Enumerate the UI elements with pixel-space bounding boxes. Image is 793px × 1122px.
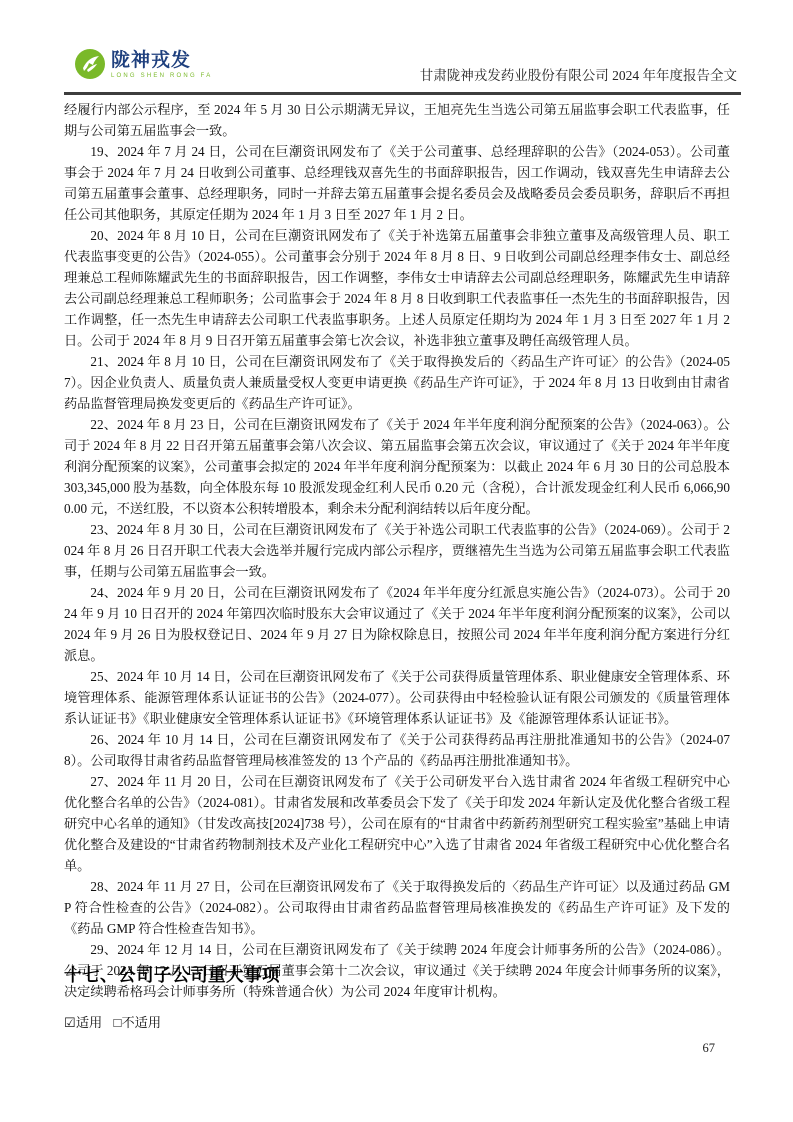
paragraph: 20、2024 年 8 月 10 日，公司在巨潮资讯网发布了《关于补选第五届董事… xyxy=(64,225,730,351)
section-heading: 十七、公司子公司重大事项 xyxy=(64,962,730,987)
applicability-row: ☑适用 □不适用 xyxy=(64,1012,730,1031)
paragraph: 26、2024 年 10 月 14 日，公司在巨潮资讯网发布了《关于公司获得药品… xyxy=(64,729,730,771)
paragraph: 19、2024 年 7 月 24 日，公司在巨潮资讯网发布了《关于公司董事、总经… xyxy=(64,141,730,225)
logo-chinese-name: 陇神戎发 xyxy=(111,51,212,70)
paragraph: 28、2024 年 11 月 27 日，公司在巨潮资讯网发布了《关于取得换发后的… xyxy=(64,876,730,939)
company-logo: 陇神戎发 LONG SHEN RONG FA xyxy=(74,48,212,80)
header-divider xyxy=(64,92,741,95)
logo-text: 陇神戎发 LONG SHEN RONG FA xyxy=(111,48,212,79)
paragraph: 24、2024 年 9 月 20 日，公司在巨潮资讯网发布了《2024 年半年度… xyxy=(64,582,730,666)
report-page: 陇神戎发 LONG SHEN RONG FA 甘肃陇神戎发药业股份有限公司 20… xyxy=(0,0,793,1122)
page-number: 67 xyxy=(703,1041,716,1056)
not-applicable-checkbox: □不适用 xyxy=(114,1015,162,1030)
paragraph: 25、2024 年 10 月 14 日，公司在巨潮资讯网发布了《关于公司获得质量… xyxy=(64,666,730,729)
paragraph: 经履行内部公示程序，至 2024 年 5 月 30 日公示期满无异议，王旭亮先生… xyxy=(64,99,730,141)
paragraph: 22、2024 年 8 月 23 日，公司在巨潮资讯网发布了《关于 2024 年… xyxy=(64,414,730,519)
paragraph: 21、2024 年 8 月 10 日，公司在巨潮资讯网发布了《关于取得换发后的〈… xyxy=(64,351,730,414)
logo-bird-icon xyxy=(74,48,106,80)
report-title: 甘肃陇神戎发药业股份有限公司 2024 年年度报告全文 xyxy=(420,64,737,84)
page-header: 陇神戎发 LONG SHEN RONG FA 甘肃陇神戎发药业股份有限公司 20… xyxy=(64,44,737,92)
paragraph: 27、2024 年 11 月 20 日，公司在巨潮资讯网发布了《关于公司研发平台… xyxy=(64,771,730,876)
applicable-checkbox-checked: ☑适用 xyxy=(64,1015,102,1030)
logo-english-name: LONG SHEN RONG FA xyxy=(111,73,212,79)
document-body: 经履行内部公示程序，至 2024 年 5 月 30 日公示期满无异议，王旭亮先生… xyxy=(64,99,730,1002)
paragraph: 23、2024 年 8 月 30 日，公司在巨潮资讯网发布了《关于补选公司职工代… xyxy=(64,519,730,582)
